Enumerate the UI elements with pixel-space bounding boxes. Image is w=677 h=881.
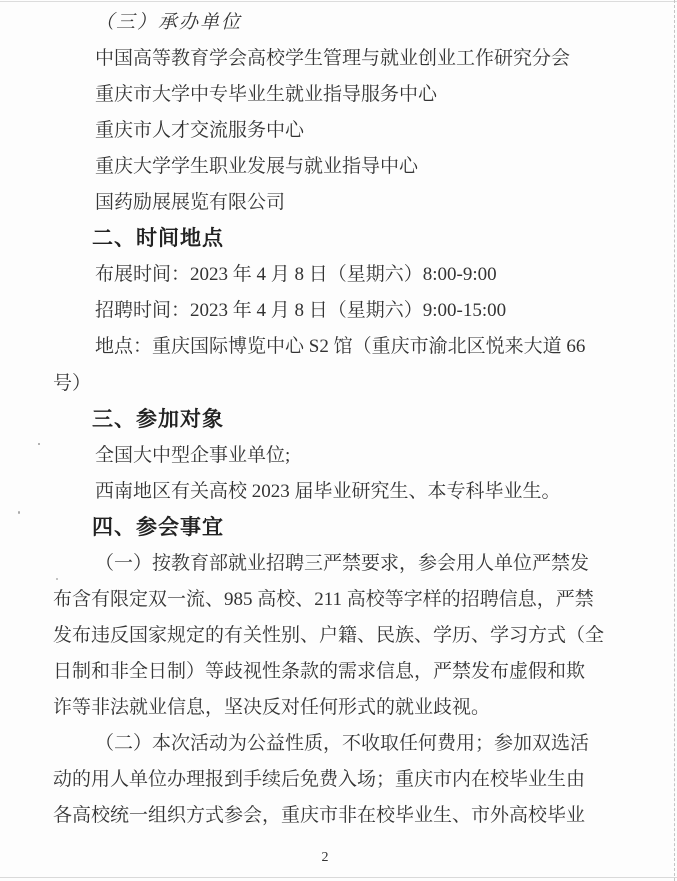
document-page: （三）承办单位中国高等教育学会高校学生管理与就业创业工作研究分会重庆市大学中专毕… [0, 0, 677, 881]
text-line: 动的用人单位办理报到手续后免费入场；重庆市内在校毕业生由 [53, 767, 613, 793]
text-line: 重庆大学学生职业发展与就业指导中心 [53, 154, 613, 180]
text-line: 号） [53, 371, 613, 397]
page-number: 2 [300, 850, 350, 866]
scan-speck [18, 511, 20, 514]
text-line: 西南地区有关高校 2023 届毕业研究生、本专科毕业生。 [53, 479, 613, 505]
text-line: 中国高等教育学会高校学生管理与就业创业工作研究分会 [53, 46, 613, 72]
scan-edge-right [674, 0, 675, 881]
text-line: 日制和非全日制）等歧视性条款的需求信息，严禁发布虚假和欺 [53, 659, 613, 685]
text-line: 招聘时间：2023 年 4 月 8 日（星期六）9:00-15:00 [53, 298, 613, 324]
text-line: 诈等非法就业信息，坚决反对任何形式的就业歧视。 [53, 695, 613, 721]
text-line: 发布违反国家规定的有关性别、户籍、民族、学历、学习方式（全 [53, 623, 613, 649]
scan-edge-top [0, 1, 677, 2]
text-line: （二）本次活动为公益性质，不收取任何费用；参加双选活 [53, 731, 613, 757]
scan-edge-bottom [0, 877, 677, 878]
text-line: （一）按教育部就业招聘三严禁要求，参会用人单位严禁发 [53, 551, 613, 577]
text-line: 各高校统一组织方式参会，重庆市非在校毕业生、市外高校毕业 [53, 803, 613, 829]
text-line: 三、参加对象 [53, 407, 613, 433]
text-line: 二、时间地点 [53, 226, 613, 252]
text-line: 布展时间：2023 年 4 月 8 日（星期六）8:00-9:00 [53, 262, 613, 288]
text-line: 四、参会事宜 [53, 515, 613, 541]
scan-speck [38, 443, 40, 445]
scan-speck [56, 578, 58, 580]
text-line: 国药励展展览有限公司 [53, 190, 613, 216]
text-line: 地点：重庆国际博览中心 S2 馆（重庆市渝北区悦来大道 66 [53, 334, 613, 360]
text-line: 全国大中型企事业单位; [53, 443, 613, 469]
text-line: 重庆市人才交流服务中心 [53, 118, 613, 144]
text-line: （三）承办单位 [53, 10, 613, 36]
text-line: 布含有限定双一流、985 高校、211 高校等字样的招聘信息，严禁 [53, 587, 613, 613]
text-line: 重庆市大学中专毕业生就业指导服务中心 [53, 82, 613, 108]
